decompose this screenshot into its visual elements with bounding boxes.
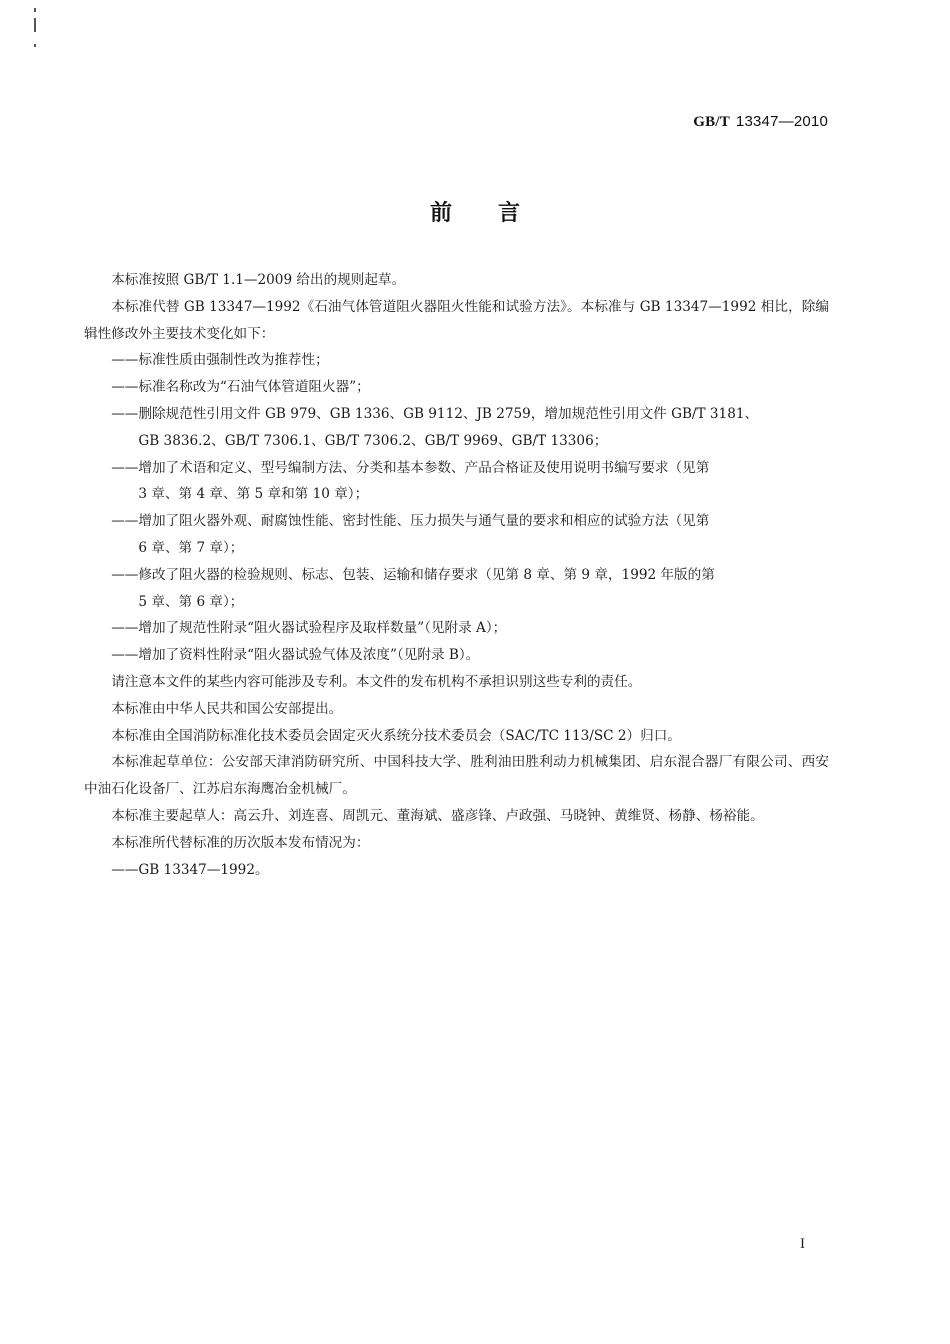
paragraph-proposer: 本标准由中华人民共和国公安部提出。 — [84, 696, 829, 723]
page-title: 前言 — [0, 196, 950, 227]
paragraph-drafting-rules: 本标准按照 GB/T 1.1—2009 给出的规则起草。 — [84, 267, 829, 294]
history-item: ——GB 13347—1992。 — [84, 857, 829, 884]
standard-prefix: GB/T — [693, 114, 730, 130]
paragraph-replacement: 本标准代替 GB 13347—1992《石油气体管道阻火器阻火性能和试验方法》。… — [84, 294, 829, 348]
list-item: ——删除规范性引用文件 GB 979、GB 1336、GB 9112、JB 27… — [84, 401, 829, 455]
foreword-body: 本标准按照 GB/T 1.1—2009 给出的规则起草。 本标准代替 GB 13… — [84, 267, 829, 883]
changes-list: ——标准性质由强制性改为推荐性； ——标准名称改为“石油气体管道阻火器”； ——… — [84, 347, 829, 669]
scan-artifact-mark — [34, 8, 36, 12]
paragraph-history-intro: 本标准所代替标准的历次版本发布情况为： — [84, 830, 829, 857]
standard-code: GB/T13347—2010 — [693, 113, 828, 131]
list-item: ——增加了阻火器外观、耐腐蚀性能、密封性能、压力损失与通气量的要求和相应的试验方… — [84, 508, 829, 562]
list-item: ——增加了术语和定义、型号编制方法、分类和基本参数、产品合格证及使用说明书编写要… — [84, 455, 829, 509]
paragraph-drafters: 本标准主要起草人：高云升、刘连喜、周凯元、董海斌、盛彦锋、卢政强、马晓钟、黄维贤… — [84, 803, 829, 830]
page-number: I — [800, 1236, 805, 1253]
list-item: ——标准性质由强制性改为推荐性； — [84, 347, 829, 374]
scan-artifact-mark — [34, 18, 36, 32]
list-item: ——修改了阻火器的检验规则、标志、包装、运输和储存要求（见第 8 章、第 9 章… — [84, 562, 829, 616]
list-item: ——增加了规范性附录“阻火器试验程序及取样数量”（见附录 A）； — [84, 615, 829, 642]
paragraph-committee: 本标准由全国消防标准化技术委员会固定灭火系统分技术委员会（SAC/TC 113/… — [84, 723, 829, 750]
standard-number: 13347—2010 — [736, 113, 828, 130]
paragraph-drafting-units: 本标准起草单位：公安部天津消防研究所、中国科技大学、胜利油田胜利动力机械集团、启… — [84, 749, 829, 803]
list-item: ——增加了资料性附录“阻火器试验气体及浓度”（见附录 B）。 — [84, 642, 829, 669]
list-item: ——标准名称改为“石油气体管道阻火器”； — [84, 374, 829, 401]
scan-artifact-mark — [34, 44, 36, 47]
paragraph-patent-notice: 请注意本文件的某些内容可能涉及专利。本文件的发布机构不承担识别这些专利的责任。 — [84, 669, 829, 696]
